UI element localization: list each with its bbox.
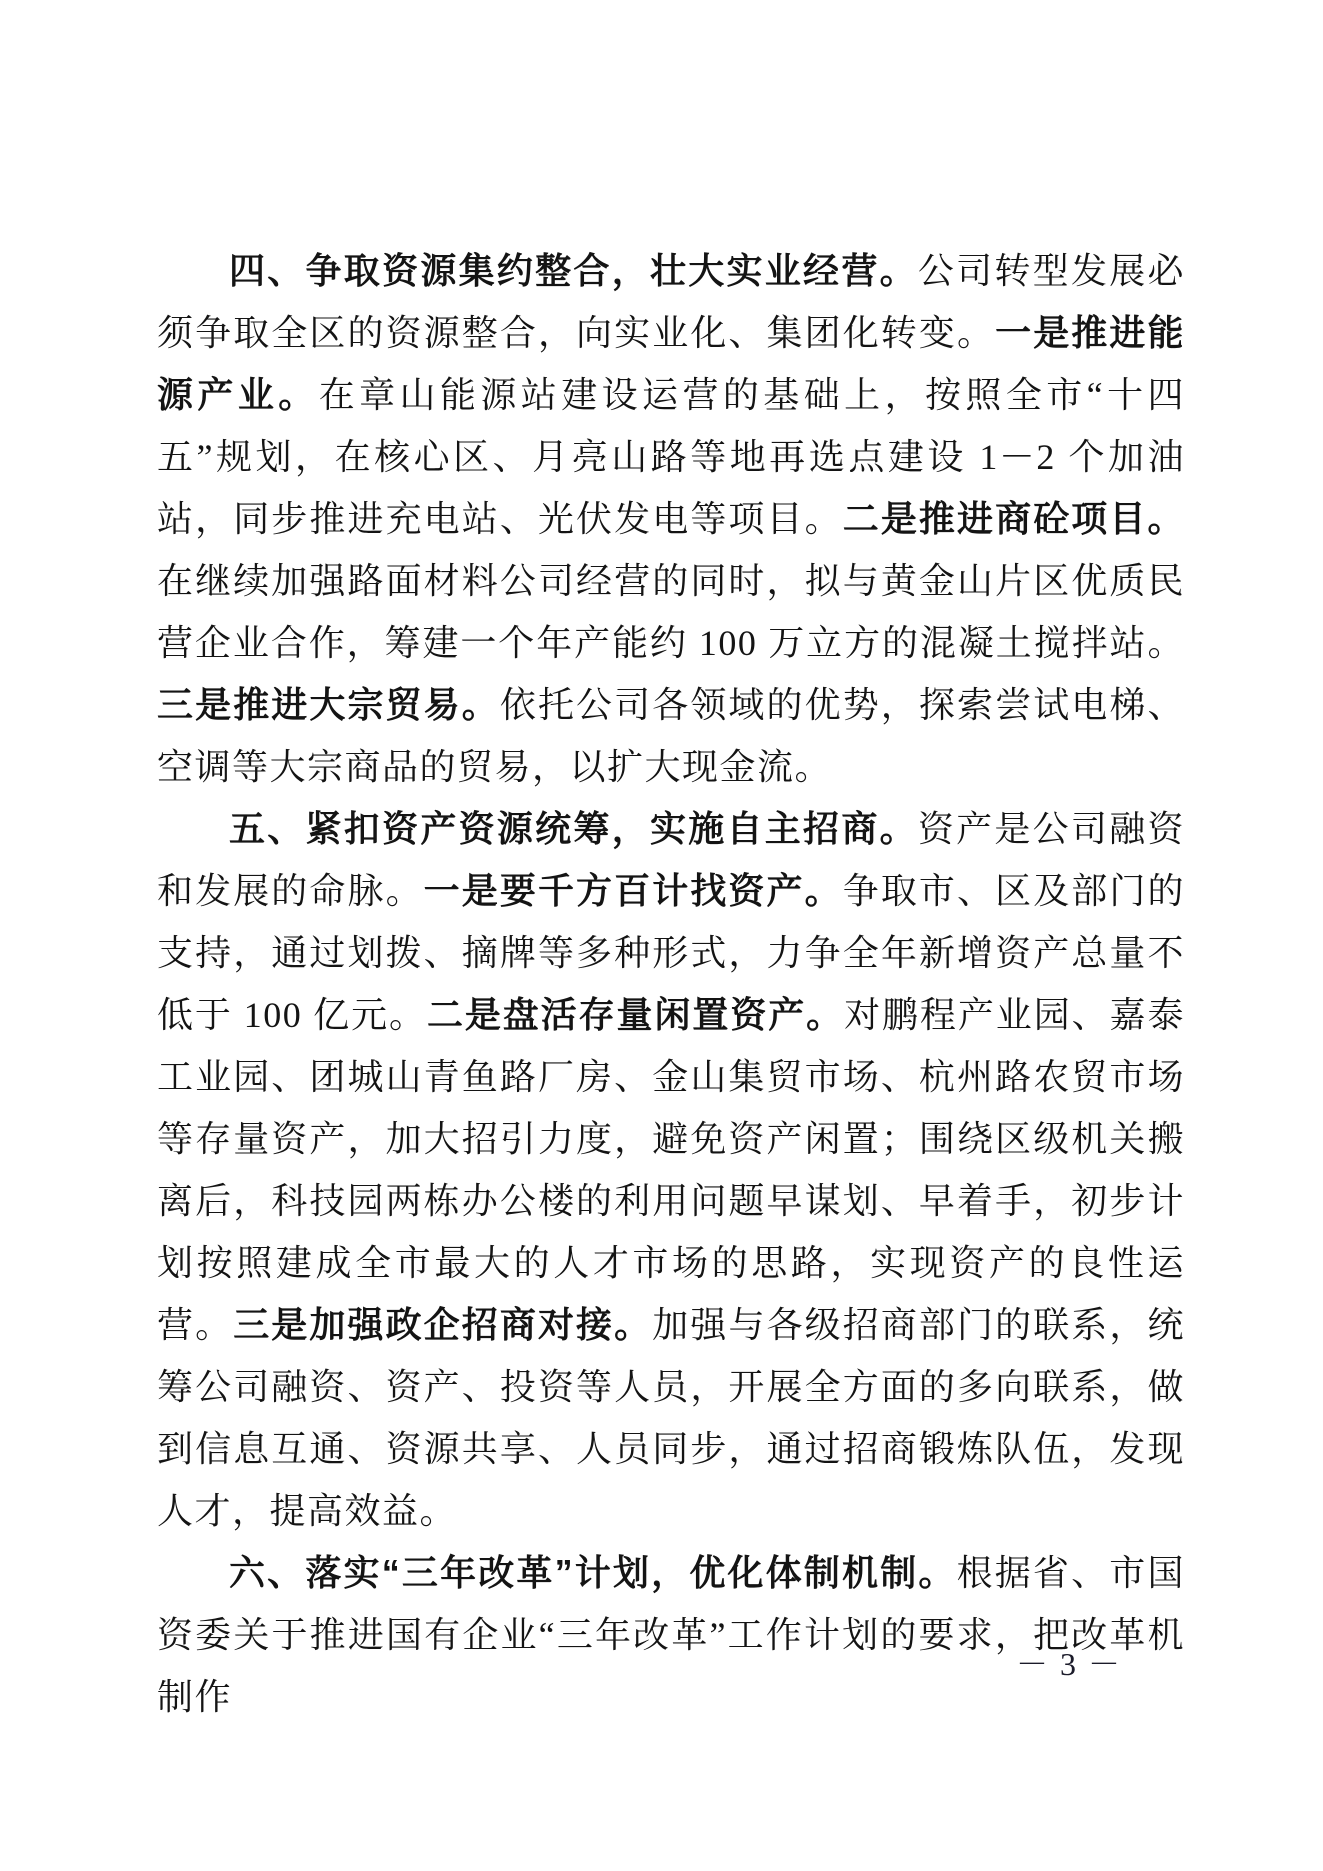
page-number: － 3 － [1016,1640,1122,1688]
body-text-run: 对鹏程产业园、嘉泰工业园、团城山青鱼路厂房、金山集贸市场、杭州路农贸市场等存量资… [157,995,1185,1345]
bold-heading-run: 二是盘活存量闲置资产。 [427,994,844,1035]
bold-heading-run: 六、落实“三年改革”计划，优化体制机制。 [229,1552,957,1593]
bold-heading-run: 五、紧扣资产资源统筹，实施自主招商。 [229,808,918,849]
paragraph-section-5: 五、紧扣资产资源统筹，实施自主招商。资产是公司融资和发展的命脉。一是要千方百计找… [157,798,1185,1542]
paragraph-section-6: 六、落实“三年改革”计划，优化体制机制。根据省、市国资委关于推进国有企业“三年改… [157,1542,1185,1728]
bold-heading-run: 三是推进大宗贸易。 [157,684,500,725]
body-text-run: 在继续加强路面材料公司经营的同时，拟与黄金山片区优质民营企业合作，筹建一个年产能… [157,561,1185,663]
bold-heading-run: 一是要千方百计找资产。 [424,870,843,911]
bold-heading-run: 二是推进商砼项目。 [843,498,1185,539]
paragraph-section-4: 四、争取资源集约整合，壮大实业经营。公司转型发展必须争取全区的资源整合，向实业化… [157,240,1185,798]
bold-heading-run: 三是加强政企招商对接。 [233,1304,652,1345]
document-page: 四、争取资源集约整合，壮大实业经营。公司转型发展必须争取全区的资源整合，向实业化… [0,0,1323,1871]
document-body: 四、争取资源集约整合，壮大实业经营。公司转型发展必须争取全区的资源整合，向实业化… [157,240,1185,1728]
bold-heading-run: 四、争取资源集约整合，壮大实业经营。 [229,250,918,291]
